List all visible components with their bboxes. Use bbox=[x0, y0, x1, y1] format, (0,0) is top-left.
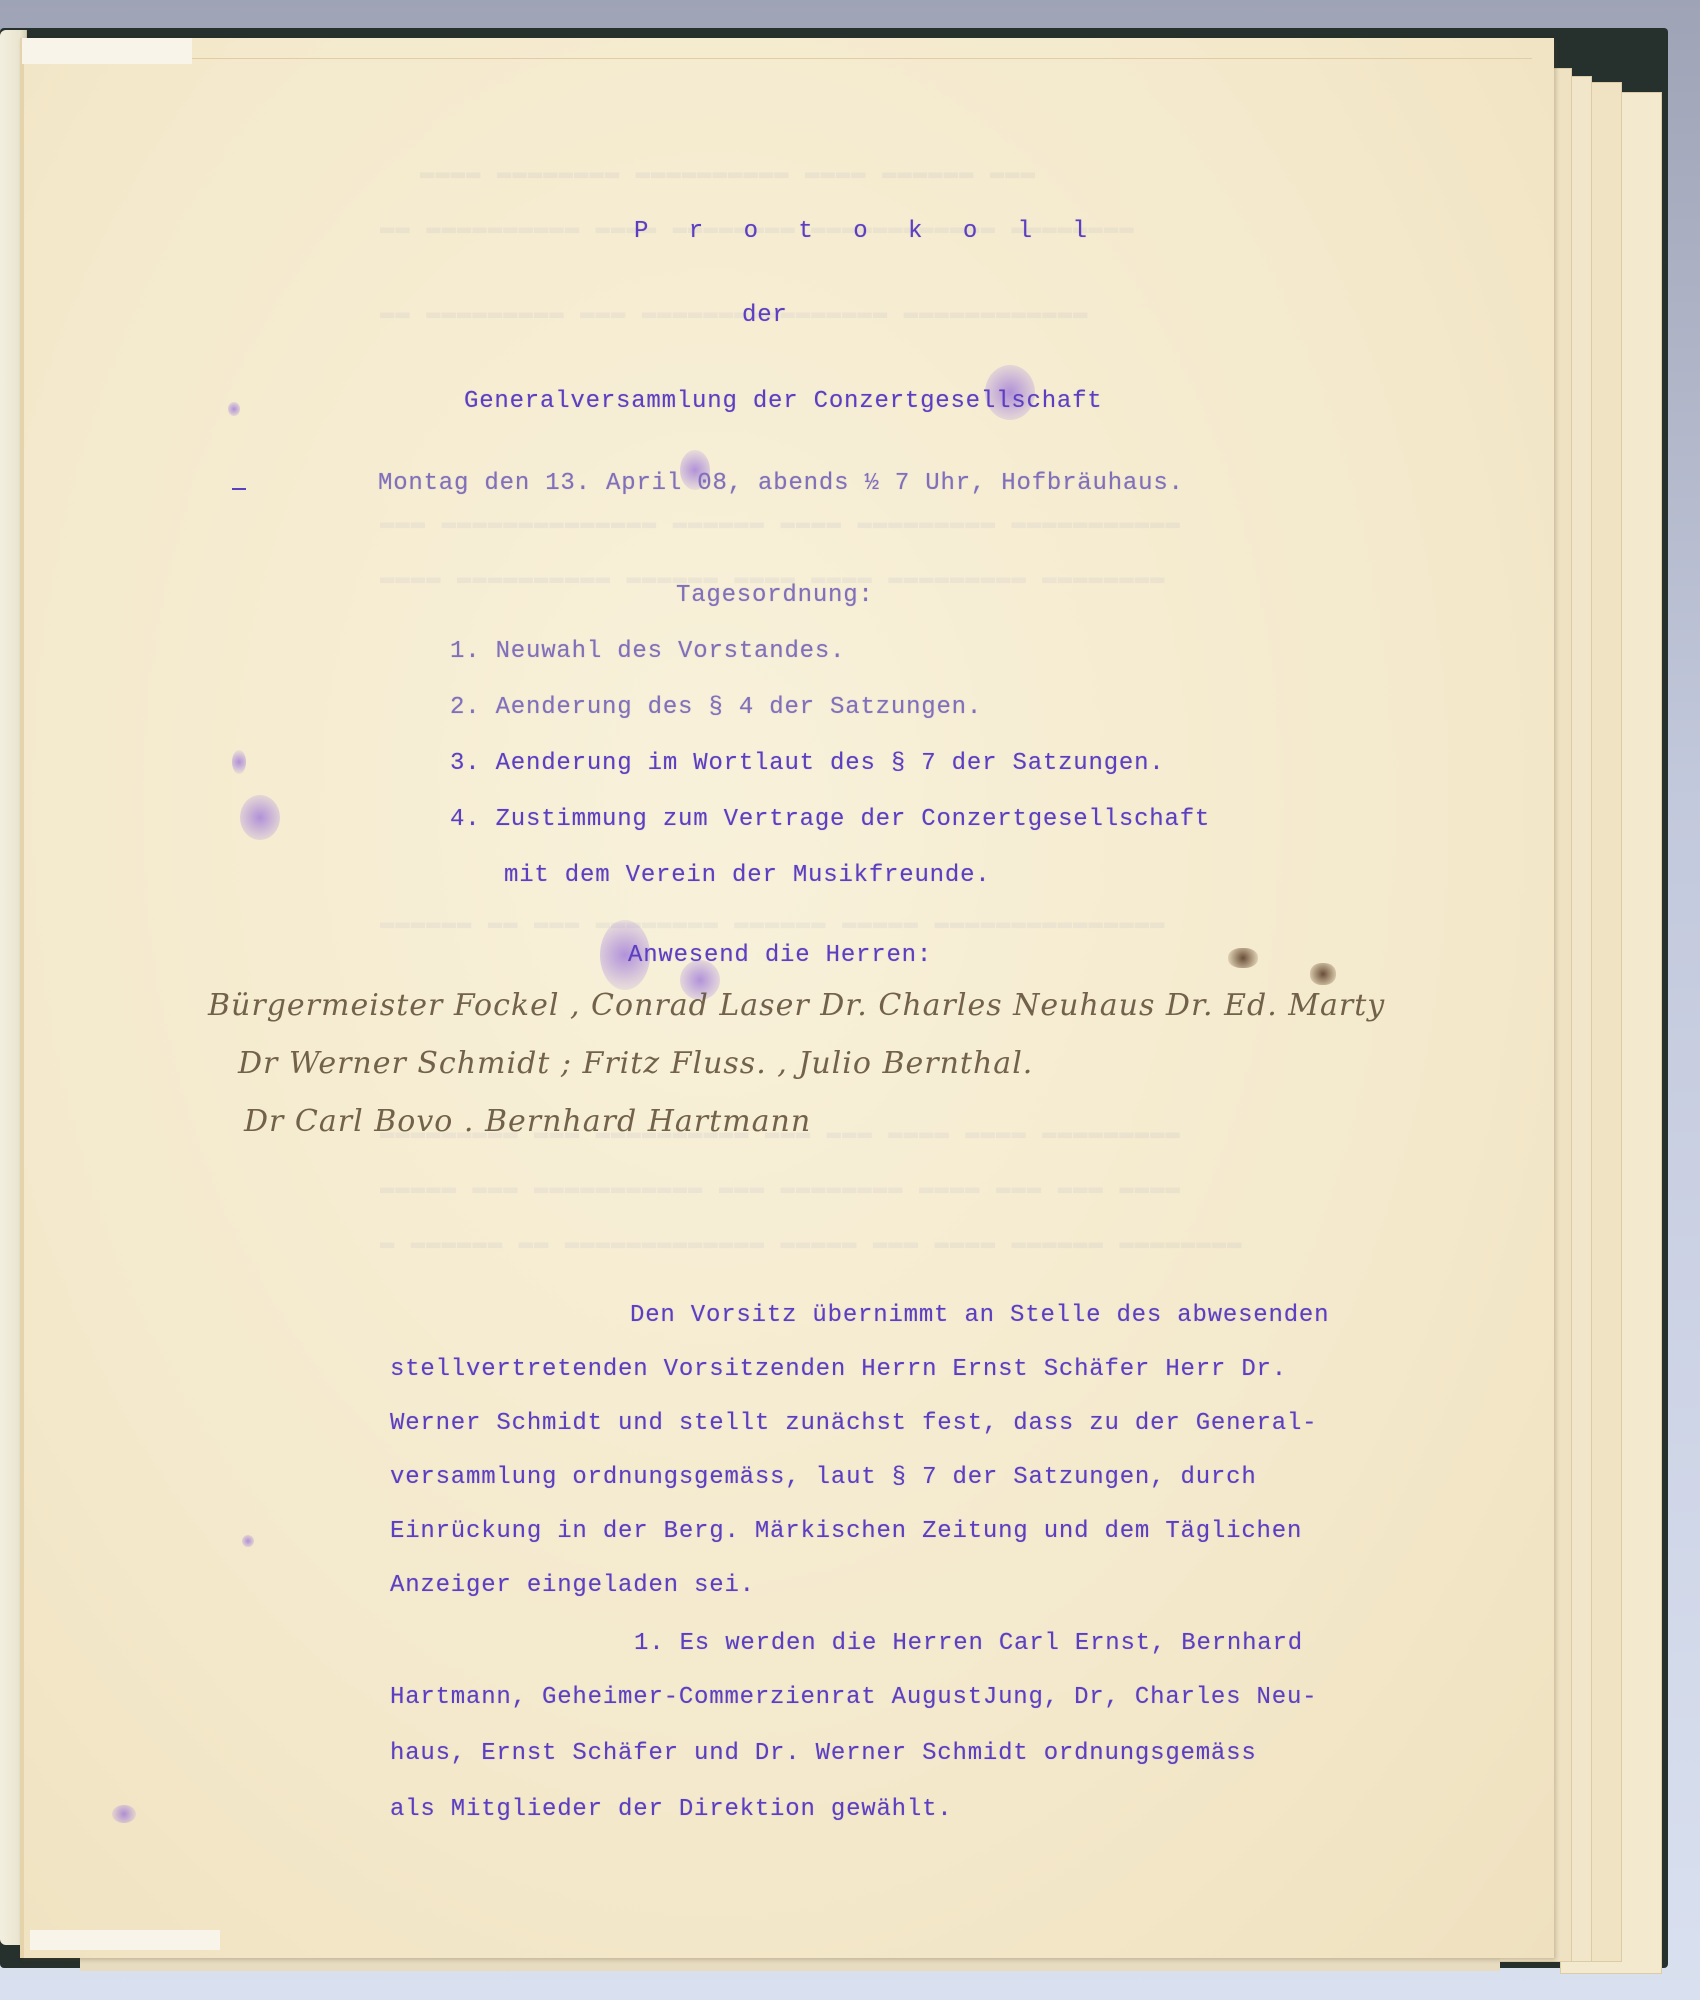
body-line: Den Vorsitz übernimmt an Stelle des abwe… bbox=[630, 1302, 1329, 1329]
bleed-through-text: ▬▬▬▬▬ ▬▬▬ ▬▬▬▬▬▬▬▬▬▬▬ ▬▬▬ ▬▬▬▬▬▬▬▬ ▬▬▬▬ … bbox=[380, 1175, 1181, 1202]
ink-blot bbox=[240, 795, 280, 840]
brown-ink-stain bbox=[1228, 948, 1258, 968]
ink-blot bbox=[112, 1805, 136, 1823]
paper-edge-line bbox=[192, 38, 1532, 59]
bleed-through-text: ▬▬▬ ▬▬▬▬▬▬▬▬▬▬▬▬▬▬ ▬▬▬▬▬▬ ▬▬▬▬ ▬▬▬▬▬▬▬▬▬… bbox=[380, 510, 1181, 537]
document-subtitle: der bbox=[742, 302, 788, 329]
body-line: haus, Ernst Schäfer und Dr. Werner Schmi… bbox=[390, 1740, 1257, 1767]
bleed-through-text: ▬ ▬▬▬▬▬▬ ▬▬ ▬▬▬▬▬▬▬▬▬▬▬▬▬ ▬▬▬▬▬ ▬▬▬ ▬▬▬▬… bbox=[380, 1230, 1243, 1257]
body-line: Anzeiger eingeladen sei. bbox=[390, 1572, 755, 1599]
bleed-through-text: ▬▬ ▬▬▬▬▬▬▬▬▬ ▬▬▬ ▬▬▬▬▬▬▬▬▬▬▬▬▬▬▬▬ ▬▬▬▬▬▬… bbox=[380, 300, 1089, 327]
paper-strip bbox=[30, 1930, 220, 1950]
handwritten-attendees-line: Dr Carl Bovo . Bernhard Hartmann bbox=[244, 1104, 811, 1139]
margin-mark bbox=[232, 488, 246, 490]
agenda-item: 3. Aenderung im Wortlaut des § 7 der Sat… bbox=[450, 750, 1165, 777]
meeting-date-line: Montag den 13. April 08, abends ½ 7 Uhr,… bbox=[378, 470, 1184, 497]
body-line: 1. Es werden die Herren Carl Ernst, Bern… bbox=[634, 1630, 1303, 1657]
attendees-heading: Anwesend die Herren: bbox=[628, 942, 932, 969]
agenda-heading: Tagesordnung: bbox=[676, 582, 874, 609]
handwritten-attendees-line: Bürgermeister Fockel , Conrad Laser Dr. … bbox=[208, 988, 1385, 1023]
ink-blot bbox=[232, 750, 246, 774]
agenda-item: 2. Aenderung des § 4 der Satzungen. bbox=[450, 694, 982, 721]
ink-blot bbox=[228, 402, 240, 416]
body-line: Einrückung in der Berg. Märkischen Zeitu… bbox=[390, 1518, 1302, 1545]
document-title: P r o t o k o l l bbox=[634, 218, 1100, 245]
body-line: als Mitglieder der Direktion gewählt. bbox=[390, 1796, 953, 1823]
ink-blot bbox=[242, 1535, 254, 1547]
brown-ink-stain bbox=[1310, 963, 1336, 985]
body-line: Hartmann, Geheimer-Commerzienrat AugustJ… bbox=[390, 1684, 1317, 1711]
body-line: stellvertretenden Vorsitzenden Herrn Ern… bbox=[390, 1356, 1287, 1383]
bleed-through-text: ▬▬▬▬▬▬ ▬▬ ▬▬▬ ▬▬▬▬▬▬▬▬ ▬▬▬▬▬▬ ▬▬▬▬▬ ▬▬▬▬… bbox=[380, 910, 1166, 937]
handwritten-attendees-line: Dr Werner Schmidt ; Fritz Fluss. , Julio… bbox=[238, 1046, 1033, 1081]
agenda-item: 4. Zustimmung zum Vertrage der Conzertge… bbox=[450, 806, 1210, 833]
agenda-item: 1. Neuwahl des Vorstandes. bbox=[450, 638, 845, 665]
body-line: versammlung ordnungsgemäss, laut § 7 der… bbox=[390, 1464, 1257, 1491]
bleed-through-text: ▬▬▬▬ ▬▬▬▬▬▬▬▬ ▬▬▬▬▬▬▬▬▬▬ ▬▬▬▬ ▬▬▬▬▬▬ ▬▬▬ bbox=[420, 160, 1036, 187]
paper-strip bbox=[22, 38, 192, 64]
body-line: Werner Schmidt und stellt zunächst fest,… bbox=[390, 1410, 1317, 1437]
assembly-heading: Generalversammlung der Conzertgesellscha… bbox=[464, 388, 1103, 415]
agenda-item-continuation: mit dem Verein der Musikfreunde. bbox=[504, 862, 990, 889]
